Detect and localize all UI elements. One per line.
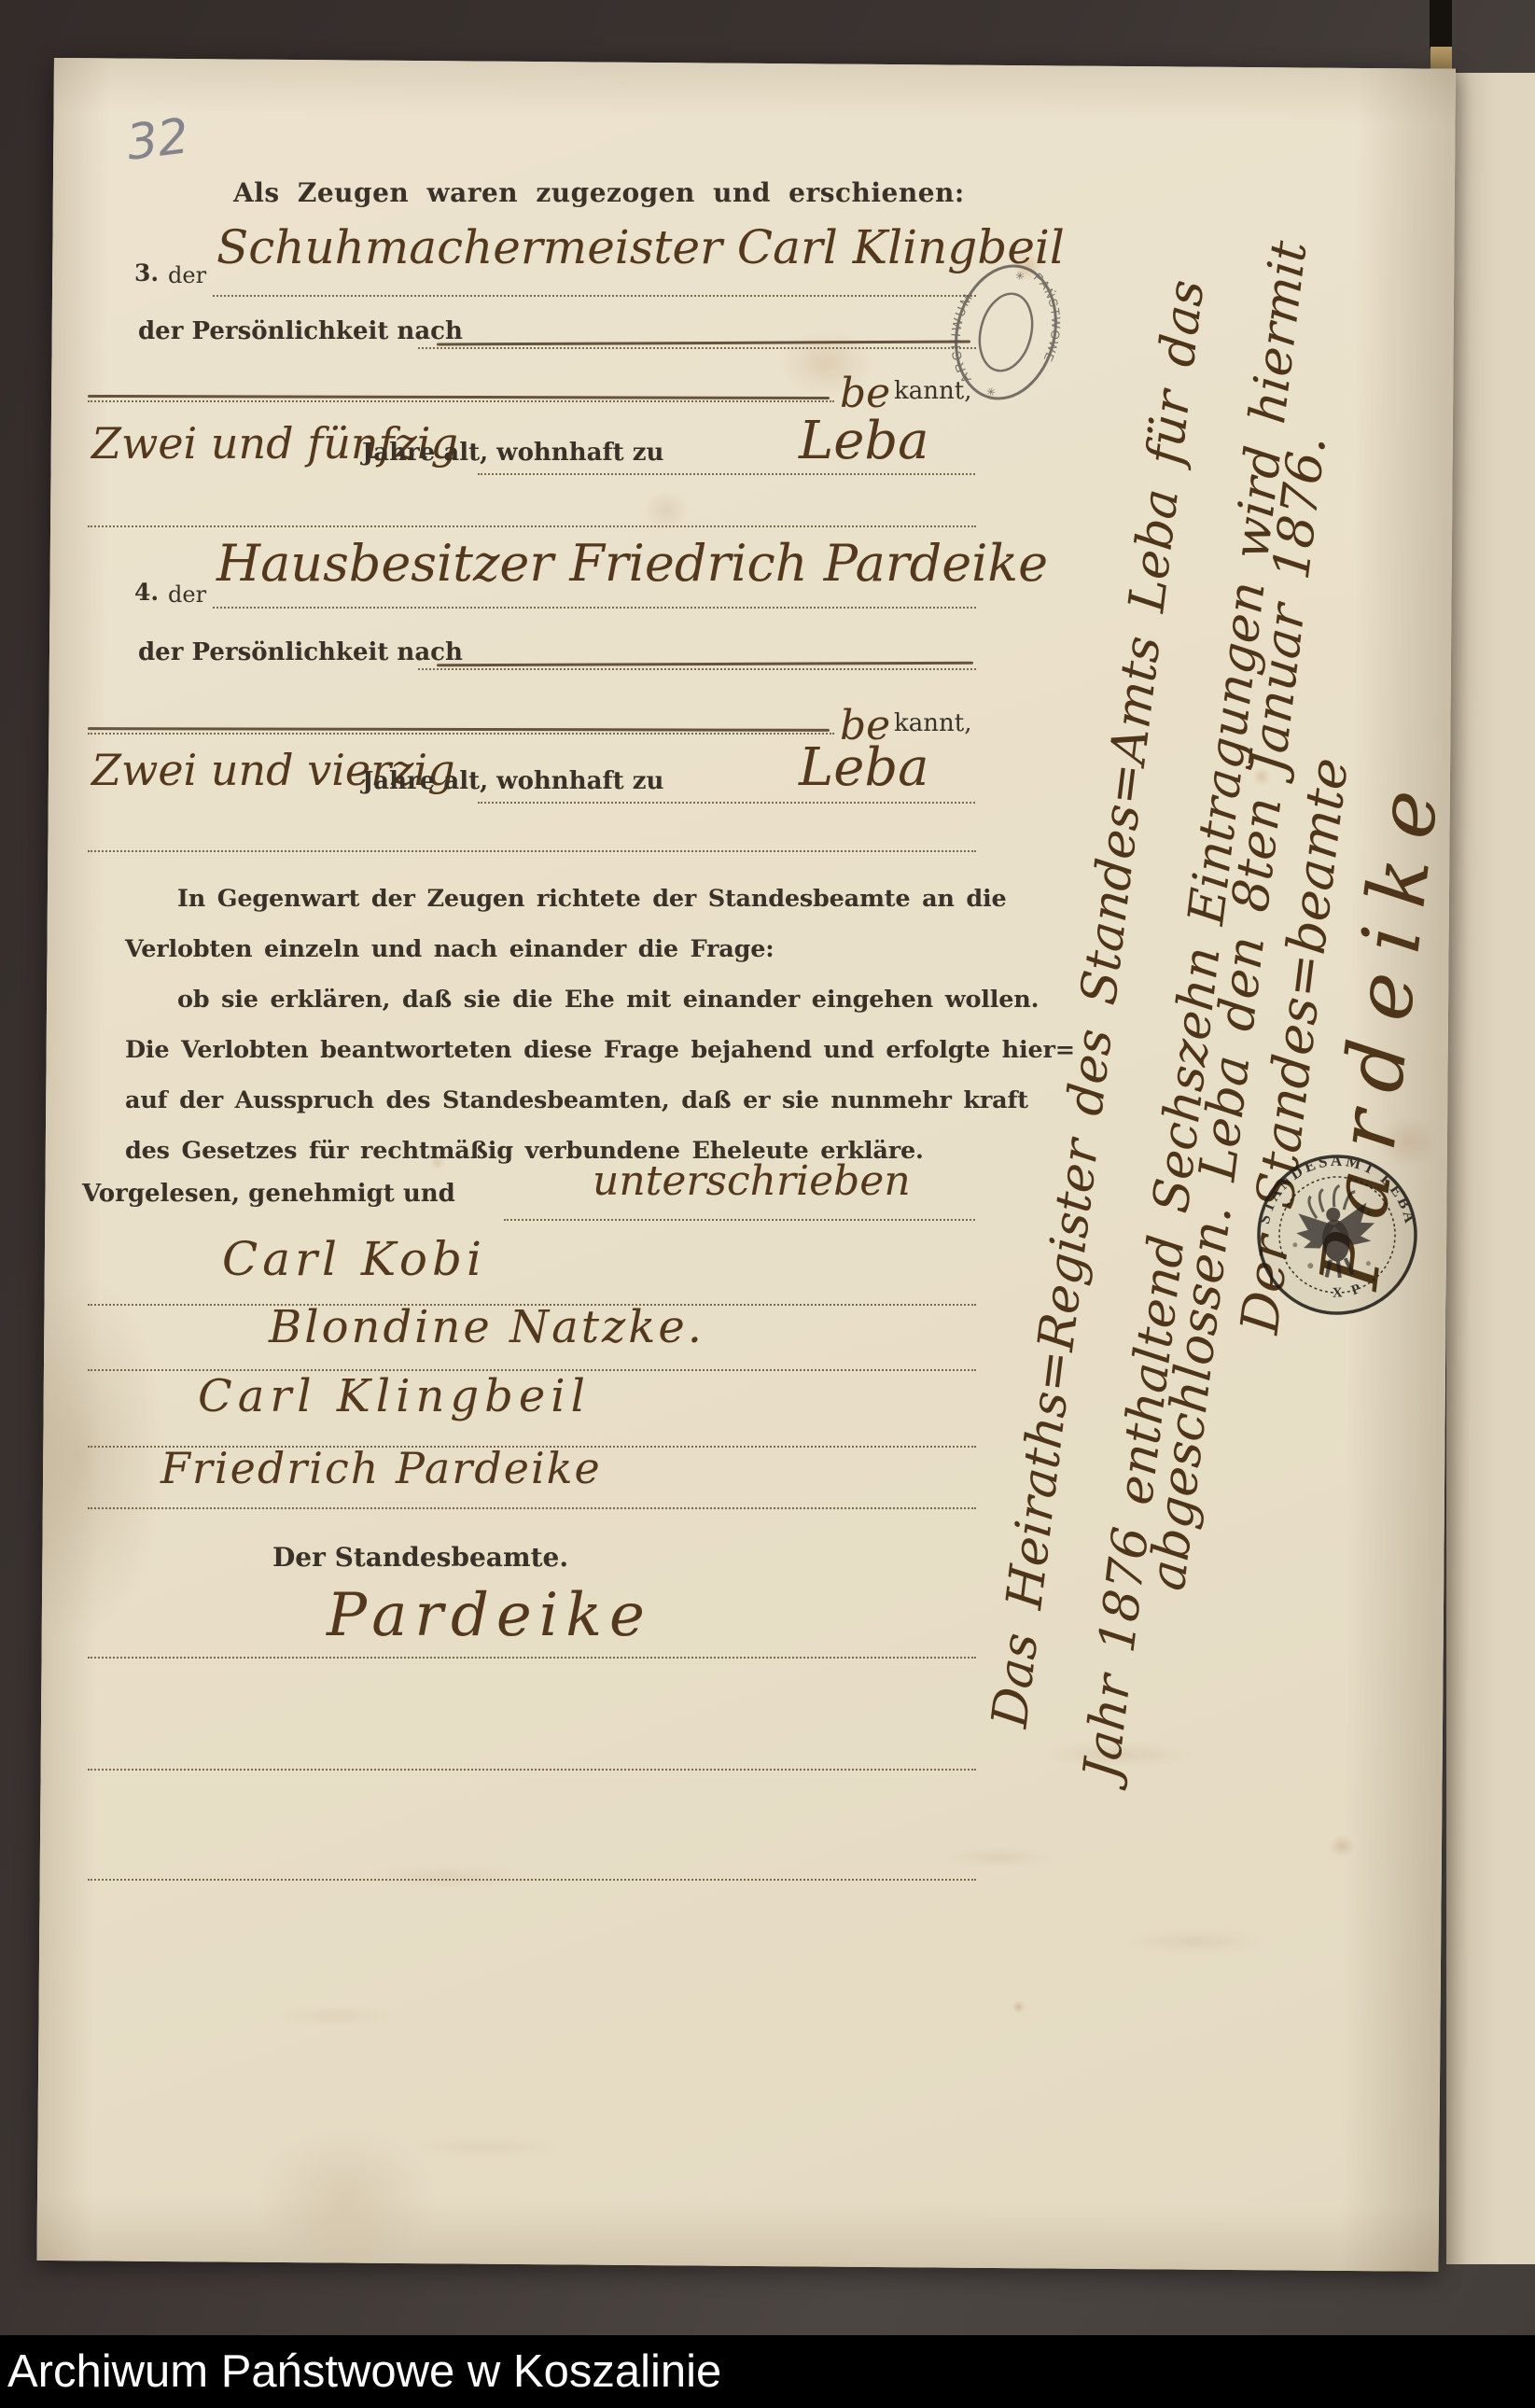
signature-witness4: Friedrich Pardeike xyxy=(160,1443,602,1493)
handwritten-stroke-line xyxy=(437,662,973,667)
witness3-residence-handwritten: Leba xyxy=(799,411,929,471)
ruled-dotted-line xyxy=(88,1769,976,1771)
declaration-line: Verlobten einzeln und nach einander die … xyxy=(125,935,774,963)
declaration-line: auf der Ausspruch des Standesbeamten, da… xyxy=(125,1086,1028,1114)
ruled-dotted-line xyxy=(418,668,976,670)
registrar-label: Der Standesbeamte. xyxy=(272,1542,568,1573)
signature-bride: Blondine Natzke. xyxy=(269,1301,705,1353)
closing-handwritten-word: unterschrieben xyxy=(593,1157,911,1205)
ruled-dotted-line xyxy=(213,607,976,609)
ruled-dotted-line xyxy=(88,1879,976,1881)
ruled-dotted-line xyxy=(88,733,834,735)
handwritten-stroke-line xyxy=(437,341,970,346)
witness3-name-handwritten: Schuhmachermeister Carl Klingbeil xyxy=(216,220,1065,274)
ruled-dotted-line xyxy=(88,1507,976,1509)
witness4-identity-label: der Persönlichkeit nach xyxy=(138,638,463,666)
signature-groom: Carl Kobi xyxy=(222,1232,486,1286)
archival-scan-viewer: { "meta": { "archive_caption": "Archiwum… xyxy=(0,0,1535,2408)
registrar-signature: Pardeike xyxy=(327,1581,652,1650)
closing-printed-label: Vorgelesen, genehmigt und xyxy=(82,1180,455,1208)
handwritten-stroke-line xyxy=(88,727,830,732)
witness3-article: der xyxy=(168,262,206,288)
pencil-page-number: 32 xyxy=(124,108,192,172)
witness4-age-label: Jahre alt, wohnhaft zu xyxy=(362,767,663,795)
ruled-dotted-line xyxy=(504,1219,975,1221)
ruled-dotted-line xyxy=(88,850,976,852)
witness3-number: 3. xyxy=(134,259,159,287)
witness4-name-handwritten: Hausbesitzer Friedrich Pardeike xyxy=(216,534,1048,593)
ruled-dotted-line xyxy=(478,473,975,475)
registry-round-seal: STANDESAMT LEBA X P xyxy=(1245,1142,1430,1327)
declaration-line: ob sie erklären, daß sie die Ehe mit ein… xyxy=(177,986,1039,1014)
witness4-residence-handwritten: Leba xyxy=(799,737,929,798)
declaration-line: Die Verlobten beantworteten diese Frage … xyxy=(125,1036,1075,1064)
ruled-dotted-line xyxy=(88,1657,976,1659)
stamp-star-icon: ✳ xyxy=(1013,269,1026,284)
ruled-dotted-line xyxy=(88,400,834,402)
witness-intro-line: Als Zeugen waren zugezogen und erschiene… xyxy=(233,177,965,208)
archive-caption-bar: Archiwum Państwowe w Koszalinie xyxy=(0,2335,1535,2408)
handwritten-stroke-line xyxy=(88,395,830,399)
ruled-dotted-line xyxy=(418,347,976,349)
declaration-line: In Gegenwart der Zeugen richtete der Sta… xyxy=(177,885,1007,913)
witness4-article: der xyxy=(168,581,206,608)
ruled-dotted-line xyxy=(478,802,975,804)
witness3-identity-label: der Persönlichkeit nach xyxy=(138,317,463,345)
witness4-number: 4. xyxy=(134,579,159,606)
signature-witness3: Carl Klingbeil xyxy=(198,1370,591,1422)
ruled-dotted-line xyxy=(88,525,976,527)
archive-caption-text: Archiwum Państwowe w Koszalinie xyxy=(7,2335,721,2408)
witness3-age-label: Jahre alt, wohnhaft zu xyxy=(362,439,663,467)
ruled-dotted-line xyxy=(213,295,976,297)
witness4-known-suffix-printed: kannt, xyxy=(894,709,971,737)
